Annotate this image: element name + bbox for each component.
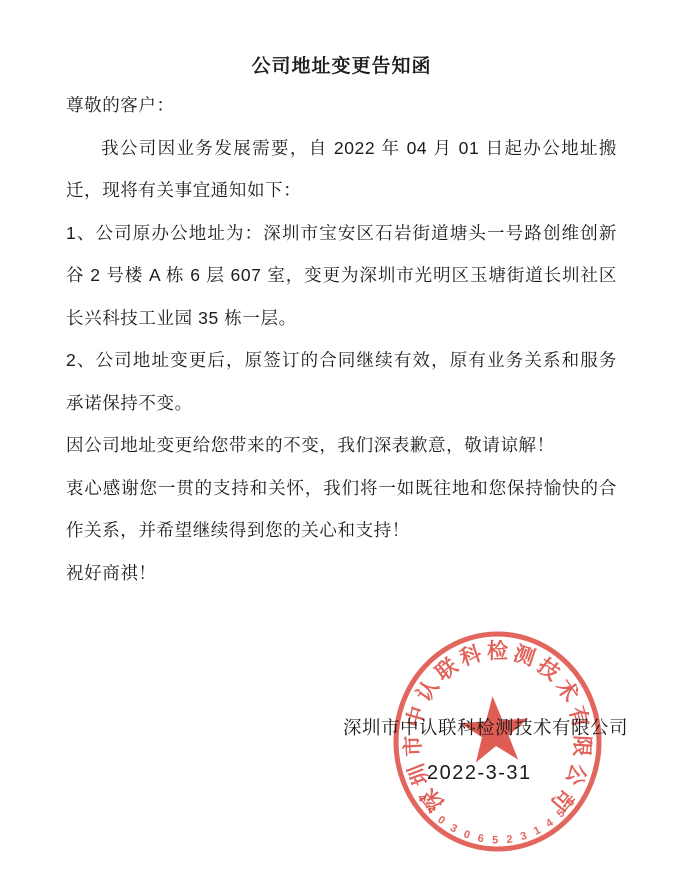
svg-text:3: 3	[448, 822, 459, 835]
signature-date: 2022-3-31	[427, 760, 532, 786]
body-paragraph: 衷心感谢您一贯的支持和关怀，我们将一如既往地和您保持愉快的合作关系，并希望继续得…	[66, 467, 617, 552]
closing-line: 祝好商祺！	[66, 552, 617, 595]
body-paragraph: 2、公司地址变更后，原签订的合同继续有效，原有业务关系和服务承诺保持不变。	[66, 339, 617, 424]
svg-text:1: 1	[532, 824, 543, 837]
letter-page: 公司地址变更告知函 尊敬的客户： 我公司因业务发展需要，自 2022 年 04 …	[0, 0, 680, 880]
signature-company-name: 深圳市中认联科检测技术有限公司	[343, 716, 628, 740]
svg-text:检: 检	[487, 639, 508, 663]
svg-text:0: 0	[462, 828, 472, 841]
svg-text:认: 认	[413, 676, 444, 706]
svg-text:6: 6	[477, 832, 485, 845]
greeting-line: 尊敬的客户：	[66, 84, 617, 127]
svg-text:测: 测	[511, 642, 538, 670]
document-title: 公司地址变更告知函	[66, 0, 617, 78]
body-paragraph: 我公司因业务发展需要，自 2022 年 04 月 01 日起办公地址搬迁，现将有…	[66, 127, 617, 212]
letter-body: 尊敬的客户： 我公司因业务发展需要，自 2022 年 04 月 01 日起办公地…	[66, 84, 617, 594]
svg-text:2: 2	[506, 833, 514, 846]
body-paragraph: 因公司地址变更给您带来的不变，我们深表歉意，敬请谅解！	[66, 424, 617, 467]
company-seal-stamp: 深圳市中认联科检测技术有限公司 4403065231455	[387, 629, 608, 855]
svg-text:3: 3	[519, 830, 528, 843]
svg-text:5: 5	[492, 834, 498, 846]
svg-text:公: 公	[561, 760, 590, 788]
body-paragraph: 1、公司原办公地址为：深圳市宝安区石岩街道塘头一号路创维创新谷 2 号楼 A 栋…	[66, 212, 617, 340]
svg-text:科: 科	[457, 641, 486, 671]
